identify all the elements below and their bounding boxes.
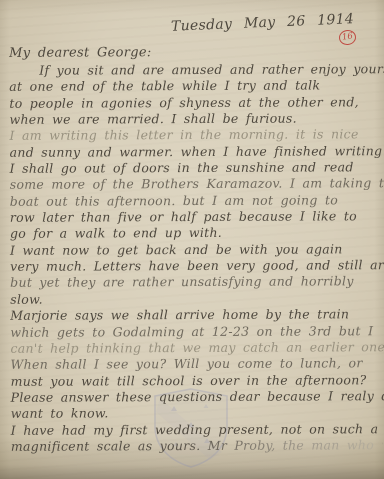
letter-line: some more of the Brothers Karamazov. I a… [10,176,382,194]
letter-line: When shall I see you? Will you come to l… [10,355,382,373]
salutation: My dearest George: [9,44,381,63]
letter-line: If you sit and are amused and rather enj… [9,61,381,79]
letter-line: at one end of the table while I try and … [9,78,381,96]
letter-line: can't help thinking that we may catch an… [10,339,382,357]
letter-line: but yet they are rather unsatisfying and… [10,274,382,292]
letter-line: want to know. [11,404,383,422]
letter-line: must you wait till school is over in the… [11,372,383,390]
letter-line: go for a walk to end up with. [10,225,382,243]
letter-line: I want now to get back and be with you a… [10,241,382,259]
letter-line: I shall go out of doors in the sunshine … [10,159,382,177]
letter-line: I have had my first wedding present, not… [11,421,383,439]
letter-line: which gets to Godalming at 12-23 on the … [10,323,382,341]
letter-line: to people in agonies of shyness at the o… [9,94,381,112]
letter-line: slow. [10,290,382,308]
letter-line: Marjorie says we shall arrive home by th… [10,306,382,324]
letter-line: row later than five or half past because… [10,208,382,226]
letter-line: very much. Letters have been very good, … [10,257,382,275]
letter-line: boat out this afternoon. but I am not go… [10,192,382,210]
letter-date: Tuesday May 26 1914 [171,11,355,35]
letter-body: My dearest George: If you sit and are am… [9,44,383,455]
letter-line: Please answer these questions dear becau… [11,388,383,406]
letter-line: I am writing this letter in the morning.… [9,127,381,145]
letter-line: when we are married. I shall be furious. [9,110,381,128]
letter-page: Tuesday May 26 1914 16 My dearest George… [0,0,384,479]
letter-line: and sunny and warmer. when I have finish… [10,143,382,161]
letter-line: magnificent scale as yours. Mr Proby, th… [11,437,383,455]
